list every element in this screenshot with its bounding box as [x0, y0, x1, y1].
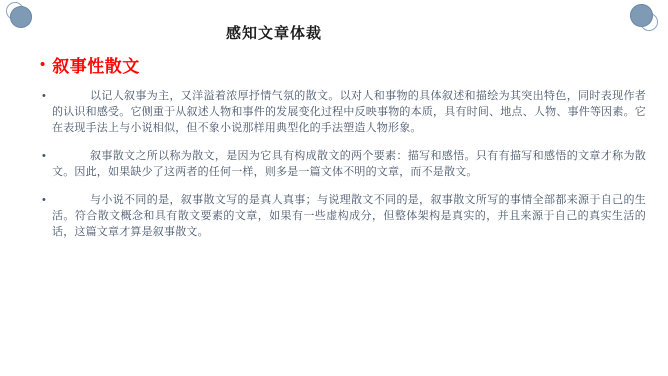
bullet-icon: •	[42, 148, 46, 164]
decorative-circle-top-right	[630, 4, 653, 27]
list-item: • 与小说不同的是，叙事散文写的是真人真事；与说理散文不同的是，叙事散文所写的事…	[42, 192, 646, 240]
slide-title: 感知文章体裁	[226, 22, 322, 43]
section-heading: • 叙事性散文	[40, 52, 140, 77]
section-heading-label: 叙事性散文	[52, 52, 140, 77]
bullet-list: • 以记人叙事为主，又洋溢着浓厚抒情气氛的散文。以对人和事物的具体叙述和描绘为其…	[42, 88, 646, 252]
slide-title-container: 感知文章体裁	[0, 22, 548, 43]
bullet-text: 与小说不同的是，叙事散文写的是真人真事；与说理散文不同的是，叙事散文所写的事情全…	[52, 192, 646, 240]
bullet-icon: •	[42, 192, 46, 208]
bullet-text: 以记人叙事为主，又洋溢着浓厚抒情气氛的散文。以对人和事物的具体叙述和描绘为其突出…	[52, 88, 646, 136]
heading-bullet-icon: •	[40, 57, 45, 72]
presentation-slide: 感知文章体裁 • 叙事性散文 • 以记人叙事为主，又洋溢着浓厚抒情气氛的散文。以…	[0, 0, 668, 376]
decorative-circle-top-left	[10, 6, 32, 28]
bullet-text: 叙事散文之所以称为散文，是因为它具有构成散文的两个要素：描写和感悟。只有有描写和…	[52, 148, 646, 180]
list-item: • 叙事散文之所以称为散文，是因为它具有构成散文的两个要素：描写和感悟。只有有描…	[42, 148, 646, 180]
bullet-icon: •	[42, 88, 46, 104]
list-item: • 以记人叙事为主，又洋溢着浓厚抒情气氛的散文。以对人和事物的具体叙述和描绘为其…	[42, 88, 646, 136]
